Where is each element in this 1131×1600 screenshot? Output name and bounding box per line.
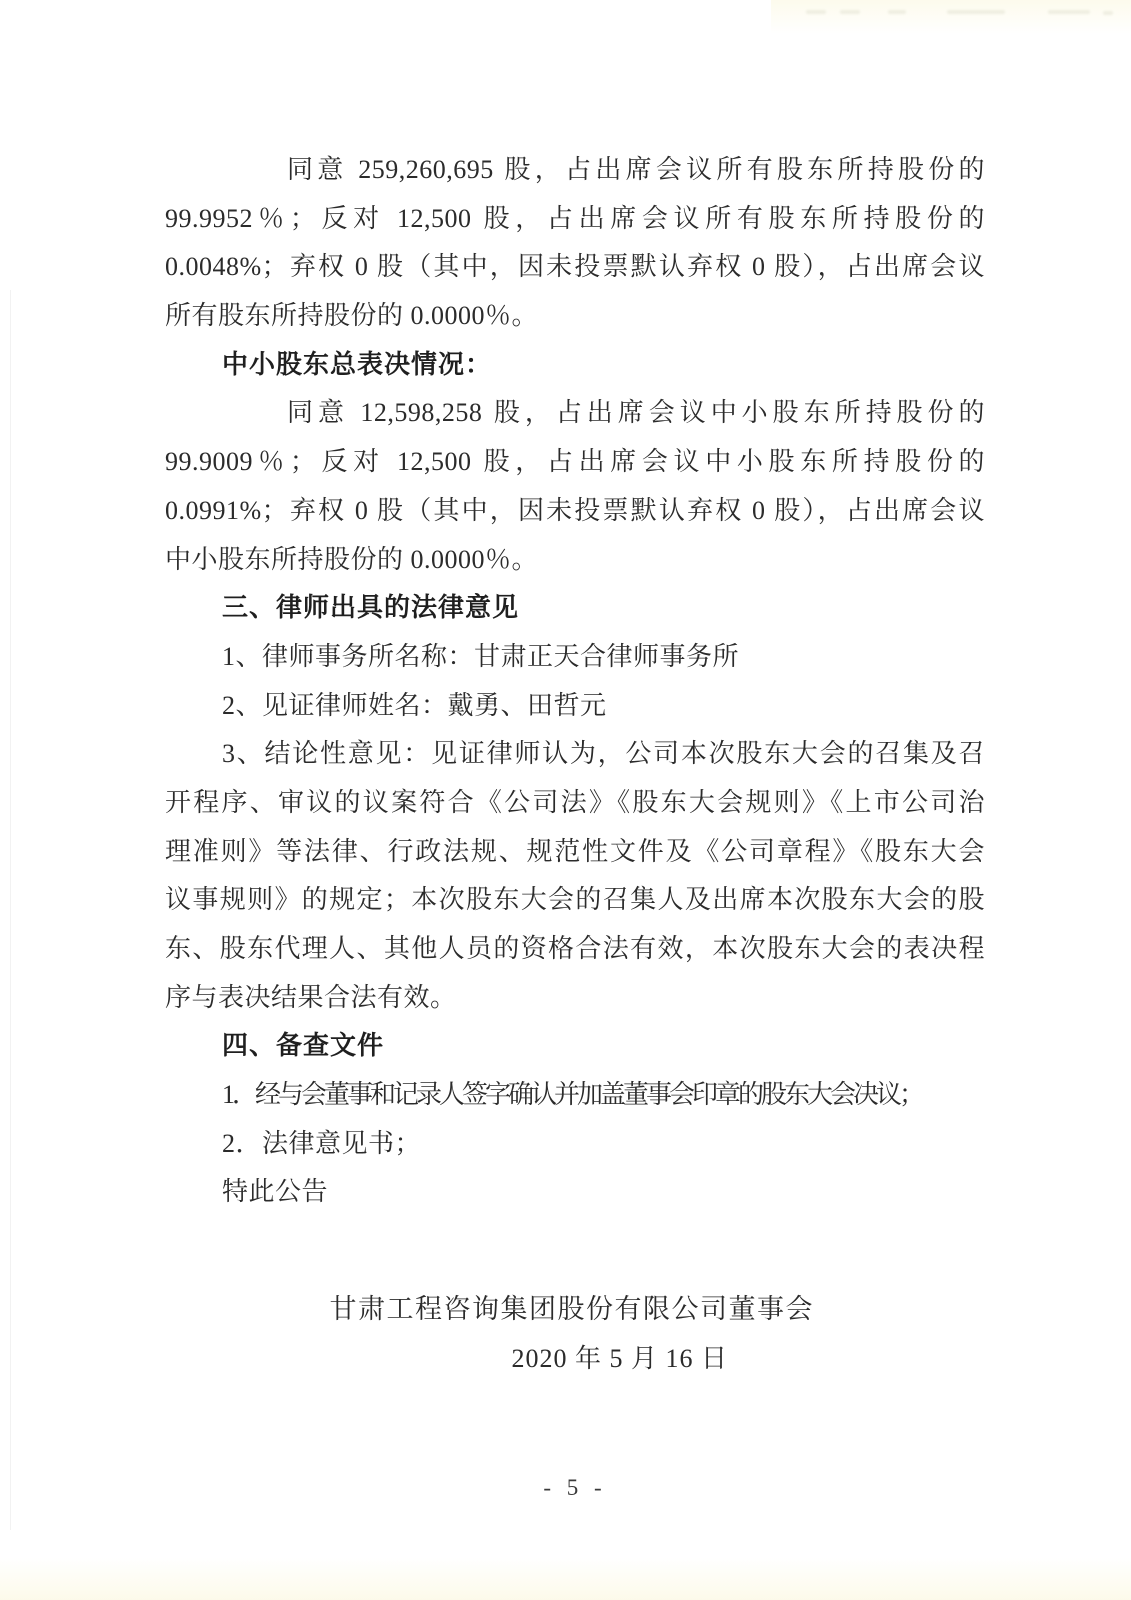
minor-shareholders-heading: 中小股东总表决情况： xyxy=(165,341,985,390)
scan-artifact-streak xyxy=(947,10,1005,14)
vote-all-line-1: 同意 259,260,695 股，占出席会议所有股东所持股份的 xyxy=(165,146,985,195)
vote-all-line-2: 99.9952％；反对 12,500 股，占出席会议所有股东所持股份的 xyxy=(165,195,985,244)
vote-minor-line-2: 99.9009％；反对 12,500 股，占出席会议中小股东所持股份的 xyxy=(165,438,985,487)
section4-item-resolution: 1．经与会董事和记录人签字确认并加盖董事会印章的股东大会决议； xyxy=(165,1071,985,1120)
vote-minor-line-4: 中小股东所持股份的 0.0000％。 xyxy=(165,536,985,585)
vote-all-line-4: 所有股东所持股份的 0.0000％。 xyxy=(165,292,985,341)
section3-conclusion-line-6: 序与表决结果合法有效。 xyxy=(165,974,985,1023)
section3-item-law-firm: 1、律师事务所名称：甘肃正天合律师事务所 xyxy=(165,633,985,682)
scan-artifact-streak xyxy=(1103,11,1113,15)
section3-heading: 三、律师出具的法律意见 xyxy=(165,584,985,633)
document-page: 同意 259,260,695 股，占出席会议所有股东所持股份的 99.9952％… xyxy=(0,0,1131,1600)
signature-block: 甘肃工程咨询集团股份有限公司董事会 2020 年 5 月 16 日 xyxy=(165,1285,985,1383)
scan-artifact-streak xyxy=(1048,10,1090,14)
section3-conclusion-line-1: 3、结论性意见：见证律师认为，公司本次股东大会的召集及召 xyxy=(165,730,985,779)
section3-conclusion-line-3: 理准则》等法律、行政法规、规范性文件及《公司章程》《股东大会 xyxy=(165,828,985,877)
section3-conclusion-line-4: 议事规则》的规定；本次股东大会的召集人及出席本次股东大会的股 xyxy=(165,876,985,925)
section3-item-lawyers: 2、见证律师姓名：戴勇、田哲元 xyxy=(165,682,985,731)
scan-artifact-streak xyxy=(806,10,826,14)
section3-conclusion-line-2: 开程序、审议的议案符合《公司法》《股东大会规则》《上市公司治 xyxy=(165,779,985,828)
vote-minor-line-3: 0.0991%；弃权 0 股（其中，因未投票默认弃权 0 股），占出席会议 xyxy=(165,487,985,536)
section4-item-legal-opinion: 2．法律意见书； xyxy=(165,1120,985,1169)
section3-conclusion-line-5: 东、股东代理人、其他人员的资格合法有效，本次股东大会的表决程 xyxy=(165,925,985,974)
page-number: - 5 - xyxy=(165,1473,985,1503)
scan-artifact-vertical-line xyxy=(10,290,11,1530)
scan-artifact-tint xyxy=(0,1558,1131,1600)
closing-statement: 特此公告 xyxy=(165,1168,985,1217)
vote-minor-line-1: 同意 12,598,258 股，占出席会议中小股东所持股份的 xyxy=(165,389,985,438)
signature-date: 2020 年 5 月 16 日 xyxy=(165,1334,985,1383)
section4-heading: 四、备查文件 xyxy=(165,1022,985,1071)
document-body: 同意 259,260,695 股，占出席会议所有股东所持股份的 99.9952％… xyxy=(165,146,985,1503)
scan-artifact-streak xyxy=(888,10,906,14)
vote-all-line-3: 0.0048%；弃权 0 股（其中，因未投票默认弃权 0 股），占出席会议 xyxy=(165,243,985,292)
scan-artifact-tint xyxy=(771,0,1131,34)
signature-company: 甘肃工程咨询集团股份有限公司董事会 xyxy=(165,1285,985,1334)
scan-artifact-streak xyxy=(840,10,860,14)
